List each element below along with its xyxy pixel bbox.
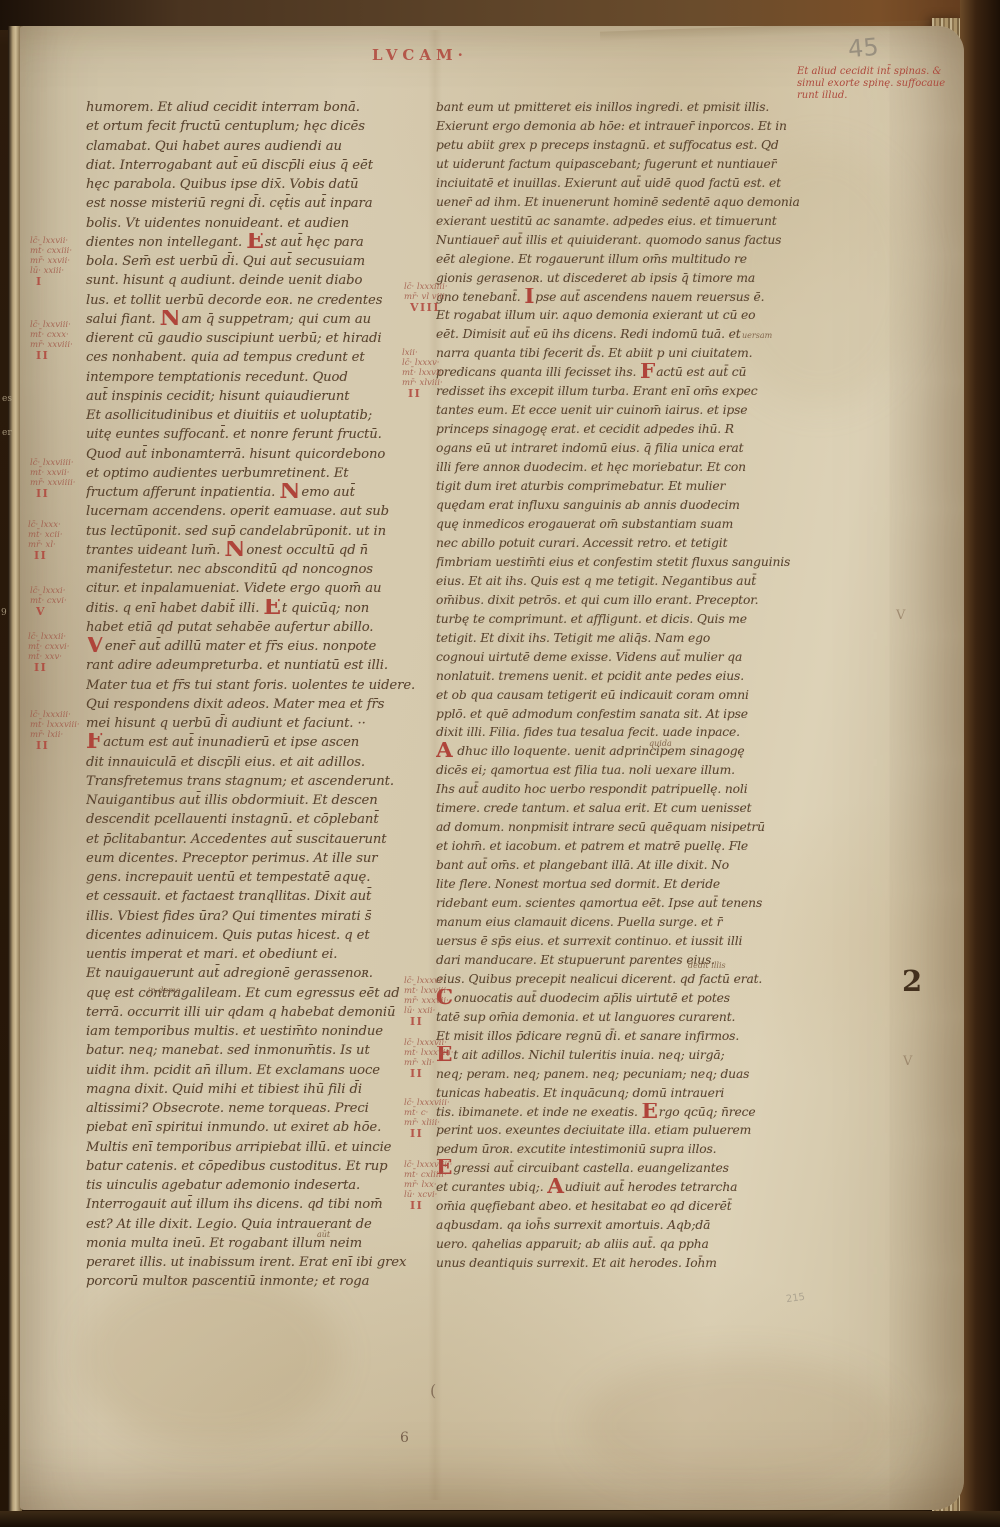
text-line: uitę euntes suffocant̄. et nonre ferunt … xyxy=(86,425,420,444)
text-line: Mater tua et fr̄s tui stant foris. uolen… xyxy=(86,676,420,695)
text-segment: Et misit illos p̄dicare regnū d̄i. et sa… xyxy=(436,1029,739,1043)
text-segment: salui fiant. xyxy=(86,312,160,327)
text-line: dari manducare. Et stupuerunt parentes e… xyxy=(436,951,808,970)
canon-numeral: V xyxy=(36,607,67,617)
rubric-initial: I xyxy=(524,288,534,307)
text-line: altissimi? Obsecrote. neme torqueas. Pre… xyxy=(86,1099,420,1118)
canon-note-line: lxii· xyxy=(402,348,444,358)
text-segment: uersus ē sp̄s eius. et surrexit continuo… xyxy=(436,934,742,948)
canon-note: lc̄· lxxxviiii·mt̄· cxliiii·mr̄· lxx·lū·… xyxy=(404,1160,452,1211)
canon-note-line: mt̄· lxxxviii· xyxy=(404,1048,454,1058)
text-segment: Qui respondens dixit adeos. Mater mea et… xyxy=(86,697,384,712)
text-segment: cognoui uirtutē deme exisse. Videns aut̄… xyxy=(436,650,742,664)
text-segment: et curantes ubiq;. xyxy=(436,1180,547,1194)
text-segment: citur. et inpalamueniat. Videte ergo quo… xyxy=(86,581,381,596)
text-line: turbę te comprimunt. et affligunt. et di… xyxy=(436,610,808,629)
canon-note-line: mr̄· lxx· xyxy=(404,1180,452,1190)
text-line: ces nonhabent. quia ad tempus credunt et xyxy=(86,348,420,367)
text-line: magna dixit. Quid mihi et tibiest ihū fi… xyxy=(86,1080,420,1099)
text-line: humorem. Et aliud cecidit interram bonā. xyxy=(86,98,420,117)
text-segment: ditis. q enī habet dabit̄ illi. xyxy=(86,601,263,616)
margin-note-line: runt illud. xyxy=(797,90,975,102)
text-line: narra quanta tibi fecerit d̄s. Et abiit … xyxy=(436,344,808,363)
right-text-column: bant eum ut pmitteret eis inillos ingred… xyxy=(436,98,808,1273)
text-line: nec abillo potuit curari. Accessit retro… xyxy=(436,534,808,553)
text-line: illi fere annoʀ duodecim. et hęc morieba… xyxy=(436,458,808,477)
canon-note-line: mt̄· cxxiii· xyxy=(30,246,72,256)
canon-note-line: mt̄· xxvii· xyxy=(30,468,76,478)
text-segment: gionis gerasenoʀ. ut discederet ab ipsis… xyxy=(436,271,755,285)
text-line: Et misit illos p̄dicare regnū d̄i. et sa… xyxy=(436,1027,808,1046)
parchment-stain xyxy=(80,1266,340,1446)
text-segment: exierant uestitū ac sanamte. adpedes eiu… xyxy=(436,214,777,228)
canon-numeral: VIII xyxy=(410,303,448,313)
text-segment: onuocatis aut̄ duodecim ap̄lis uirtutē e… xyxy=(454,991,730,1005)
text-segment: actum est aut̄ inunadierū et ipse ascen xyxy=(103,735,359,750)
canon-numeral: II xyxy=(408,389,444,399)
canon-note-line: lc̄· lxxxii· xyxy=(28,632,69,642)
text-line: dientes non intellegant. Est aut̄ hęc pa… xyxy=(86,233,420,252)
text-line: hęc parabola. Quibus ipse dix̄. Vobis da… xyxy=(86,175,420,194)
text-line: Nuntiauer̄ aut̄ illis et quiuiderant. qu… xyxy=(436,231,808,250)
text-segment: et ob qua causam tetigerit eū indicauit … xyxy=(436,688,749,702)
text-line: bola. Sem̄ est uerbū d̄i. Qui aut̄ secus… xyxy=(86,252,420,271)
text-segment: pplō. et quē admodum confestim sanata si… xyxy=(436,707,748,721)
interlinear-note: uersam xyxy=(742,331,772,340)
text-line: pplō. et quē admodum confestim sanata si… xyxy=(436,705,808,724)
rubric-initial: E xyxy=(246,233,264,252)
text-segment: tis uinculis agebatur ademonio indeserta… xyxy=(86,1178,360,1193)
text-line: est nosse misteriū regni d̄i. cęt̄is aut… xyxy=(86,194,420,213)
canon-note-line: lc̄· lxxxvi· xyxy=(404,976,449,986)
text-segment: eum dicentes. Preceptor perimus. At ille… xyxy=(86,851,377,866)
text-line: manum eius clamauit dicens. Puella surge… xyxy=(436,913,808,932)
text-line: sunt. hisunt q audiunt. deinde uenit dia… xyxy=(86,271,420,290)
text-line: ut uiderunt factum quipascebant; fugerun… xyxy=(436,155,808,174)
text-line: lus. et tollit uerbū decorde eoʀ. ne cre… xyxy=(86,291,420,310)
text-segment: rant adire adeumpreturba. et nuntiatū es… xyxy=(86,658,388,673)
text-segment: humorem. Et aliud cecidit interram bonā. xyxy=(86,100,360,115)
canon-note: lc̄· lxxxiii·mt̄· lxxxviii·mr̄· lxii·II xyxy=(30,710,80,751)
text-segment: intempore temptationis recedunt. Quod xyxy=(86,370,348,385)
binding-bottom-edge xyxy=(0,1511,1000,1527)
text-segment: magna dixit. Quid mihi et tibiest ihū fi… xyxy=(86,1082,362,1097)
canon-note-line: lc̄· lxxviiii· xyxy=(30,458,76,468)
canon-numeral: I xyxy=(36,277,72,287)
text-line: ad domum. nonpmisit intrare secū quēquam… xyxy=(436,818,808,837)
text-line: A dhuc illo loquente. uenit adprincipem … xyxy=(436,742,808,761)
canon-note: lc̄· lxxxii·mt̄· cxxvi·mt̄· xxv·II xyxy=(28,632,69,673)
text-segment: emo aut̄ xyxy=(301,485,354,500)
text-segment: diat. Interrogabant aut̄ eū discp̄li eiu… xyxy=(86,158,373,173)
text-segment: Ihs aut̄ audito hoc uerbo respondit patr… xyxy=(436,782,747,796)
text-line: unus deantiquis surrexit. Et ait herodes… xyxy=(436,1254,808,1273)
text-line: inciuitatē et inuillas. Exierunt aut̄ ui… xyxy=(436,174,808,193)
text-segment: lus. et tollit uerbū decorde eoʀ. ne cre… xyxy=(86,293,382,308)
text-segment: narra quanta tibi fecerit d̄s. Et abiit … xyxy=(436,346,752,360)
text-line: uentis imperat et mari. et obediunt ei. xyxy=(86,945,420,964)
canon-numeral: II xyxy=(36,351,73,361)
canon-note: lc̄· lxxviii·mt̄· cxxx·mr̄· xxviii·II xyxy=(30,320,73,361)
text-segment: neq; peram. neq; panem. neq; pecuniam; n… xyxy=(436,1067,749,1081)
text-segment: dhuc illo loquente. uenit adprincipem si… xyxy=(454,744,745,758)
text-line: Quod aut̄ inbonamterrā. hisunt quicordeb… xyxy=(86,445,420,464)
canon-note-line: mr̄· xxxvii· xyxy=(404,996,449,1006)
text-segment: predicans quanta illi fecisset ihs. xyxy=(436,365,640,379)
text-line: cognoui uirtutē deme exisse. Videns aut̄… xyxy=(436,648,808,667)
text-segment: illis. Vbiest fides ūra? Qui timentes mi… xyxy=(86,909,371,924)
text-segment: tantes eum. Et ecce uenit uir cuinom̄ ia… xyxy=(436,403,747,417)
rubric-initial: V xyxy=(86,637,104,656)
scribble-mark: ( xyxy=(430,1381,436,1400)
text-line: peraret illis. ut inabissum irent. Erat … xyxy=(86,1253,420,1272)
text-segment: Mater tua et fr̄s tui stant foris. uolen… xyxy=(86,678,415,693)
text-line: descendit pcellauenti instagnū. et cōple… xyxy=(86,810,420,829)
text-segment: dicentes adinuicem. Quis putas hicest. q… xyxy=(86,928,370,943)
text-segment: habet etiā qd putat sehabēe aufertur abi… xyxy=(86,620,373,635)
text-segment: princeps sinagogę erat. et cecidit adped… xyxy=(436,422,734,436)
rubric-initial: E xyxy=(642,1103,658,1122)
text-line: tatē sup om̄ia demonia. et ut languores … xyxy=(436,1008,808,1027)
text-segment: dit innauiculā et discp̄li eius. et ait … xyxy=(86,755,365,770)
text-line: eum dicentes. Preceptor perimus. At ille… xyxy=(86,849,420,868)
text-line: Et ait adillos. Nichil tuleritis inuia. … xyxy=(436,1046,808,1065)
canon-note: lc̄· lxxxi·mt̄· cxvi·V xyxy=(30,586,67,617)
text-line: gionis gerasenoʀ. ut discederet ab ipsis… xyxy=(436,269,808,288)
facing-page-fragment: es xyxy=(2,394,12,404)
text-line: ditis. q enī habet dabit̄ illi. Et quicū… xyxy=(86,599,420,618)
text-segment: nec abillo potuit curari. Accessit retro… xyxy=(436,536,727,550)
text-segment: eius. Quibus precepit nealicui dicerent.… xyxy=(436,972,762,986)
text-line: nonlatuit. tremens uenit. et pcidit ante… xyxy=(436,667,808,686)
text-line: bant aut̄ om̄s. et plangebant illā. At i… xyxy=(436,856,808,875)
text-segment: ogans eū ut intraret indomū eius. q̄ fil… xyxy=(436,441,743,455)
text-line: dit innauiculā et discp̄li eius. et ait … xyxy=(86,753,420,772)
text-segment: sunt. hisunt q audiunt. deinde uenit dia… xyxy=(86,273,362,288)
text-segment: redisset ihs excepit illum turba. Erant … xyxy=(436,384,757,398)
text-segment: descendit pcellauenti instagnū. et cōple… xyxy=(86,812,379,827)
facing-page-fragment: 9 xyxy=(1,608,7,618)
text-line: iam temporibus multis. et uestim̄to noni… xyxy=(86,1022,420,1041)
canon-note-line: lc̄· lxxxv· xyxy=(402,358,444,368)
margin-note-line: simul exorte spinę. suffocaue xyxy=(797,78,975,90)
text-segment: altissimi? Obsecrote. neme torqueas. Pre… xyxy=(86,1101,369,1116)
text-segment: om̄ia quęfiebant abeo. et hesitabat eo q… xyxy=(436,1199,732,1213)
text-line: et optimo audientes uerbumretinent. Et xyxy=(86,464,420,483)
canon-numeral: II xyxy=(34,663,69,673)
text-segment: ener̄ aut̄ adillū mater et fr̄s eius. no… xyxy=(105,639,376,654)
canon-note-line: mt̄· cxliiii· xyxy=(404,1170,452,1180)
text-line: tis uinculis agebatur ademonio indeserta… xyxy=(86,1176,420,1195)
text-segment: batur catenis. et cōpedibus custoditus. … xyxy=(86,1159,387,1174)
text-line: rant adire adeumpreturba. et nuntiatū es… xyxy=(86,656,420,675)
canon-note: lc̄· lxxx·mt̄· xcii·mr̄· xl·II xyxy=(28,520,63,561)
text-segment: iam temporibus multis. et uestim̄to noni… xyxy=(86,1024,383,1039)
text-line: monia multa ineū. Et rogabant illum neim xyxy=(86,1234,420,1253)
text-segment: eēt. Dimisit aut̄ eū ihs dicens. Redi in… xyxy=(436,327,741,341)
text-line: terrā. occurrit illi uir qdam q habebat … xyxy=(86,1003,420,1022)
interlinear-note: in domo xyxy=(148,986,181,995)
text-line: eius. Et ait ihs. Quis est q me tetigit.… xyxy=(436,572,808,591)
catchword: 6 xyxy=(400,1430,409,1446)
text-segment: et optimo audientes uerbumretinent. Et xyxy=(86,466,348,481)
canon-numeral: II xyxy=(410,1129,450,1139)
text-segment: peraret illis. ut inabissum irent. Erat … xyxy=(86,1255,406,1270)
book-photograph: { "page": { "title": "LVCAM·", "folio_nu… xyxy=(0,0,1000,1527)
text-segment: Nuntiauer̄ aut̄ illis et quiuiderant. qu… xyxy=(436,233,781,247)
text-line: Interrogauit aut̄ illum ihs dicens. qd t… xyxy=(86,1195,420,1214)
text-line: habet etiā qd putat sehabēe aufertur abi… xyxy=(86,618,420,637)
text-segment: et cessauit. et factaest tranqllitas. Di… xyxy=(86,889,371,904)
text-segment: ridebant eum. scientes qamortua eēt. Ips… xyxy=(436,896,762,910)
rubric-initial: A xyxy=(547,1178,564,1197)
text-segment: fimbriam uestim̄ti eius et confestim ste… xyxy=(436,555,790,569)
text-segment: uitę euntes suffocant̄. et nonre ferunt … xyxy=(86,427,382,442)
text-line: aqbusdam. qa ioh̄s surrexit amortuis. Aq… xyxy=(436,1216,808,1235)
text-line: Qui respondens dixit adeos. Mater mea et… xyxy=(86,695,420,714)
text-line: Conuocatis aut̄ duodecim ap̄lis uirtutē … xyxy=(436,989,808,1008)
text-segment: mei hisunt q uerbū d̄i audiunt et faciun… xyxy=(86,716,366,731)
rubric-margin-note: Et aliud cecidit int̄ spinas. &simul exo… xyxy=(797,66,975,102)
text-segment: quę inmedicos erogauerat om̄ substantiam… xyxy=(436,517,733,531)
text-segment: pse aut̄ ascendens nauem reuersus ē. xyxy=(535,290,764,304)
text-segment: pedum ūroʀ. excutite intestimoniū supra … xyxy=(436,1142,716,1156)
text-segment: gressi aut̄ circuibant castella. euangel… xyxy=(453,1161,729,1175)
text-segment: bolis. Vt uidentes nonuideant. et audien xyxy=(86,216,349,231)
canon-note: lc̄· lxxxvi·mt̄· lxxviii·mr̄· xxxvii·lū·… xyxy=(404,976,449,1027)
canon-note-line: mt̄· cxxx· xyxy=(30,330,73,340)
text-line: tigit dum iret aturbis comprimebatur. Et… xyxy=(436,477,808,496)
text-line: uersus ē sp̄s eius. et surrexit continuo… xyxy=(436,932,808,951)
text-line: ogans eū ut intraret indomū eius. q̄ fil… xyxy=(436,439,808,458)
text-segment: dientes non intellegant. xyxy=(86,235,246,250)
text-segment: udiuit aut̄ herodes tetrarcha xyxy=(565,1180,738,1194)
text-line: mei hisunt q uerbū d̄i audiunt et faciun… xyxy=(86,714,420,733)
text-line: gens. increpauit uentū et tempestatē aqu… xyxy=(86,868,420,887)
text-segment: tunicas habeatis. Et inquācunq; domū int… xyxy=(436,1086,724,1100)
text-line: et curantes ubiq;. Audiuit aut̄ herodes … xyxy=(436,1178,808,1197)
text-line: dicentes adinuicem. Quis putas hicest. q… xyxy=(86,926,420,945)
canon-note: lc̄· lxxviiii·mt̄· xxvii·mr̄· xxviiii·II xyxy=(30,458,76,499)
text-line: tunicas habeatis. Et inquācunq; domū int… xyxy=(436,1084,808,1103)
text-segment: eēt alegione. Et rogauerunt illum om̄s m… xyxy=(436,252,747,266)
text-line: quę est contragalileam. Et cum egressus … xyxy=(86,984,420,1003)
text-line: illis. Vbiest fides ūra? Qui timentes mi… xyxy=(86,907,420,926)
text-segment: petu abiit grex p preceps instagnū. et s… xyxy=(436,138,779,152)
margin-mark: V xyxy=(896,608,905,623)
text-segment: lite flere. Nonest mortua sed dormit. Et… xyxy=(436,877,720,891)
text-segment: ces nonhabent. quia ad tempus credunt et xyxy=(86,350,365,365)
text-line: intempore temptationis recedunt. Quod xyxy=(86,368,420,387)
text-line: fimbriam uestim̄ti eius et confestim ste… xyxy=(436,553,808,572)
canon-note-line: lc̄· lxxxiii· xyxy=(30,710,80,720)
text-line: gno tenebant̄. Ipse aut̄ ascendens nauem… xyxy=(436,288,808,307)
text-segment: porcorū multoʀ pascentiū inmonte; et rog… xyxy=(86,1274,369,1289)
canon-note: lxii·lc̄· lxxxv·mt̄· lxxvii·mr̄· xlviii·… xyxy=(402,348,444,399)
text-segment: trantes uideant lum̄. xyxy=(86,543,224,558)
text-segment: timere. crede tantum. et salua erit. Et … xyxy=(436,801,751,815)
rubric-initial: N xyxy=(224,541,245,560)
canon-note-line: lc̄· lxxvii· xyxy=(30,236,72,246)
text-segment: bola. Sem̄ est uerbū d̄i. Qui aut̄ secus… xyxy=(86,254,365,269)
text-segment: om̄ibus. dixit petrōs. et qui cum illo e… xyxy=(436,593,758,607)
text-line: tus lectūponit. sed sup̄ candelabrūponit… xyxy=(86,522,420,541)
text-line: et cessauit. et factaest tranqllitas. Di… xyxy=(86,887,420,906)
canon-note-line: mt̄· lxxviii· xyxy=(404,986,449,996)
quire-mark: 2 xyxy=(902,964,922,998)
text-line: Multis enī temporibus arripiebat illū. e… xyxy=(86,1138,420,1157)
text-line: bolis. Vt uidentes nonuideant. et audien xyxy=(86,214,420,233)
text-line: exierant uestitū ac sanamte. adpedes eiu… xyxy=(436,212,808,231)
text-segment: dixit illi. Filia. fides tua tesalua fec… xyxy=(436,725,740,739)
folio-number-pencil: 45 xyxy=(847,33,880,64)
canon-note-line: mt̄· lxxvii· xyxy=(402,368,444,378)
text-line: quę inmedicos erogauerat om̄ substantiam… xyxy=(436,515,808,534)
text-line: diat. Interrogabant aut̄ eū discp̄li eiu… xyxy=(86,156,420,175)
text-line: redisset ihs excepit illum turba. Erant … xyxy=(436,382,808,401)
text-segment: clamabat. Qui habet aures audiendi au xyxy=(86,139,342,154)
text-line: Et asollicitudinibus et diuitiis et uolu… xyxy=(86,406,420,425)
canon-numeral: II xyxy=(410,1017,449,1027)
text-line: porcorū multoʀ pascentiū inmonte; et rog… xyxy=(86,1272,420,1291)
text-line: om̄ia quęfiebant abeo. et hesitabat eo q… xyxy=(436,1197,808,1216)
running-title: LVCAM· xyxy=(372,46,468,64)
text-segment: t quicūq; non xyxy=(282,601,369,616)
text-line: piebat enī spiritui inmundo. ut exiret a… xyxy=(86,1118,420,1137)
text-segment: piebat enī spiritui inmundo. ut exiret a… xyxy=(86,1120,381,1135)
text-line: neq; peram. neq; panem. neq; pecuniam; n… xyxy=(436,1065,808,1084)
text-segment: terrā. occurrit illi uir qdam q habebat … xyxy=(86,1005,395,1020)
text-line: dixit illi. Filia. fides tua tesalua fec… xyxy=(436,723,808,742)
text-segment: hęc parabola. Quibus ipse dix̄. Vobis da… xyxy=(86,177,358,192)
text-segment: tatē sup om̄ia demonia. et ut languores … xyxy=(436,1010,735,1024)
left-text-column: humorem. Et aliud cecidit interram bonā.… xyxy=(86,98,420,1292)
text-segment: aut̄ inspinis cecidit; hisunt quiaudieru… xyxy=(86,389,349,404)
text-line: eius. Quibus precepit nealicui dicerent.… xyxy=(436,970,808,989)
margin-note-line: Et aliud cecidit int̄ spinas. & xyxy=(797,66,975,78)
text-segment: Transfretemus trans stagnum; et ascender… xyxy=(86,774,394,789)
text-line: lite flere. Nonest mortua sed dormit. Et… xyxy=(436,875,808,894)
text-segment: eius. Et ait ihs. Quis est q me tetigit.… xyxy=(436,574,756,588)
text-line: batur catenis. et cōpedibus custoditus. … xyxy=(86,1157,420,1176)
canon-note: lc̄· lxxxvii·mt̄· lxxxviii·mr̄· xli·II xyxy=(404,1038,454,1079)
text-segment: bant eum ut pmitteret eis inillos ingred… xyxy=(436,100,769,114)
canon-note-line: lc̄· lxxxi· xyxy=(30,586,67,596)
text-segment: unus deantiquis surrexit. Et ait herodes… xyxy=(436,1256,717,1270)
text-segment: onest occultū qd n̄ xyxy=(246,543,368,558)
text-segment: quę est contragalileam. Et cum egressus … xyxy=(86,986,400,1001)
text-segment: quędam erat influxu sanguinis ab annis d… xyxy=(436,498,740,512)
text-segment: gno tenebant̄. xyxy=(436,290,524,304)
canon-numeral: II xyxy=(36,741,80,751)
text-line: petu abiit grex p preceps instagnū. et s… xyxy=(436,136,808,155)
text-segment: Et rogabat illum uir. aquo demonia exier… xyxy=(436,308,755,322)
interlinear-note: aūt xyxy=(317,1230,330,1239)
text-segment: tetigit. Et dixit ihs. Tetigit me aliq̄s… xyxy=(436,631,710,645)
text-line: et iohm̄. et iacobum. et patrem et matrē… xyxy=(436,837,808,856)
canon-note-line: lc̄· lxxviii· xyxy=(30,320,73,330)
text-segment: Nauigantibus aut̄ illis obdormiuit. Et d… xyxy=(86,793,378,808)
text-segment: nonlatuit. tremens uenit. et pcidit ante… xyxy=(436,669,744,683)
text-line: uero. qahelias apparuit; ab aliis aut̄. … xyxy=(436,1235,808,1254)
text-segment: Exierunt ergo demonia ab hōe: et intraue… xyxy=(436,119,787,133)
text-line: timere. crede tantum. et salua erit. Et … xyxy=(436,799,808,818)
binding-right-edge xyxy=(960,0,1000,1527)
text-segment: uidit ihm. pcidit an̄ illum. Et exclaman… xyxy=(86,1063,380,1078)
canon-note-line: lc̄· lxxxiiii· xyxy=(404,282,448,292)
text-line: fructum afferunt inpatientia. Nemo aut̄ xyxy=(86,483,420,502)
text-segment: manifestetur. nec absconditū qd noncogno… xyxy=(86,562,373,577)
interlinear-note: dedit illis xyxy=(688,961,726,970)
text-line: Egressi aut̄ circuibant castella. euange… xyxy=(436,1159,808,1178)
canon-numeral: II xyxy=(410,1201,452,1211)
text-segment: bant aut̄ om̄s. et plangebant illā. At i… xyxy=(436,858,729,872)
text-segment: dari manducare. Et stupuerunt parentes e… xyxy=(436,953,715,967)
text-segment: actū est aut̄ cū xyxy=(656,365,746,379)
text-line: pedum ūroʀ. excutite intestimoniū supra … xyxy=(436,1140,808,1159)
text-line: et ortum fecit fructū centuplum; hęc dic… xyxy=(86,117,420,136)
text-segment: dierent cū gaudio suscipiunt uerbū; et h… xyxy=(86,331,382,346)
text-segment: manum eius clamauit dicens. Puella surge… xyxy=(436,915,722,929)
text-segment: st aut̄ hęc para xyxy=(265,235,364,250)
text-segment: am q̄ suppetram; qui cum au xyxy=(182,312,371,327)
text-segment: turbę te comprimunt. et affligunt. et di… xyxy=(436,612,747,626)
text-line: Vener̄ aut̄ adillū mater et fr̄s eius. n… xyxy=(86,637,420,656)
text-segment: uero. qahelias apparuit; ab aliis aut̄. … xyxy=(436,1237,709,1251)
canon-note-line: lc̄· lxxxviii· xyxy=(404,1098,450,1108)
canon-note-line: lc̄· lxxx· xyxy=(28,520,63,530)
canon-note: lc̄· lxxxiiii·mr̄· vl viii·VIII xyxy=(404,282,448,313)
text-line: tantes eum. Et ecce uenit uir cuinom̄ ia… xyxy=(436,401,808,420)
canon-numeral: II xyxy=(36,489,76,499)
text-segment: rgo qcūq; n̄rece xyxy=(659,1105,756,1119)
canon-note: lc̄· lxxxviii·mt̄· c·mr̄· xliii·II xyxy=(404,1098,450,1139)
text-segment: et iohm̄. et iacobum. et patrem et matrē… xyxy=(436,839,748,853)
text-line: batur. neq; manebat. sed inmonum̄tis. Is… xyxy=(86,1041,420,1060)
text-line: et ob qua causam tetigerit eū indicauit … xyxy=(436,686,808,705)
text-line: dicēs ei; qamortua est filia tua. noli u… xyxy=(436,761,808,780)
text-segment: tus lectūponit. sed sup̄ candelabrūponit… xyxy=(86,524,386,539)
rubric-initial: F xyxy=(640,363,655,382)
text-segment: t ait adillos. Nichil tuleritis inuia. n… xyxy=(453,1048,724,1062)
text-segment: fructum afferunt inpatientia. xyxy=(86,485,279,500)
rubric-initial: F xyxy=(86,733,102,752)
text-line: uener̄ ad ihm. Et inuenerunt hominē sede… xyxy=(436,193,808,212)
text-line: trantes uideant lum̄. Nonest occultū qd … xyxy=(86,541,420,560)
text-segment: dicēs ei; qamortua est filia tua. noli u… xyxy=(436,763,735,777)
canon-note-line: mt̄· xcii· xyxy=(28,530,63,540)
text-segment: Interrogauit aut̄ illum ihs dicens. qd t… xyxy=(86,1197,383,1212)
text-line: et p̄clitabantur. Accedentes aut̄ suscit… xyxy=(86,830,420,849)
text-segment: est nosse misteriū regni d̄i. cęt̄is aut… xyxy=(86,196,373,211)
text-line: citur. et inpalamueniat. Videte ergo quo… xyxy=(86,579,420,598)
text-segment: uener̄ ad ihm. Et inuenerunt hominē sede… xyxy=(436,195,800,209)
text-line: Ihs aut̄ audito hoc uerbo respondit patr… xyxy=(436,780,808,799)
rubric-initial: A xyxy=(436,742,453,761)
text-line: tetigit. Et dixit ihs. Tetigit me aliq̄s… xyxy=(436,629,808,648)
canon-note-line: mt̄· cxxvi· xyxy=(28,642,69,652)
text-segment: aqbusdam. qa ioh̄s surrexit amortuis. Aq… xyxy=(436,1218,710,1232)
canon-numeral: II xyxy=(410,1069,454,1079)
margin-mark: V xyxy=(903,1054,912,1069)
text-line: Nauigantibus aut̄ illis obdormiuit. Et d… xyxy=(86,791,420,810)
text-line: manifestetur. nec absconditū qd noncogno… xyxy=(86,560,420,579)
text-line: perint uos. exeuntes deciuitate illa. et… xyxy=(436,1121,808,1140)
interlinear-note: quida xyxy=(649,739,672,748)
canon-note-line: lc̄· lxxxvii· xyxy=(404,1038,454,1048)
text-line: Transfretemus trans stagnum; et ascender… xyxy=(86,772,420,791)
rubric-initial: N xyxy=(279,483,300,502)
